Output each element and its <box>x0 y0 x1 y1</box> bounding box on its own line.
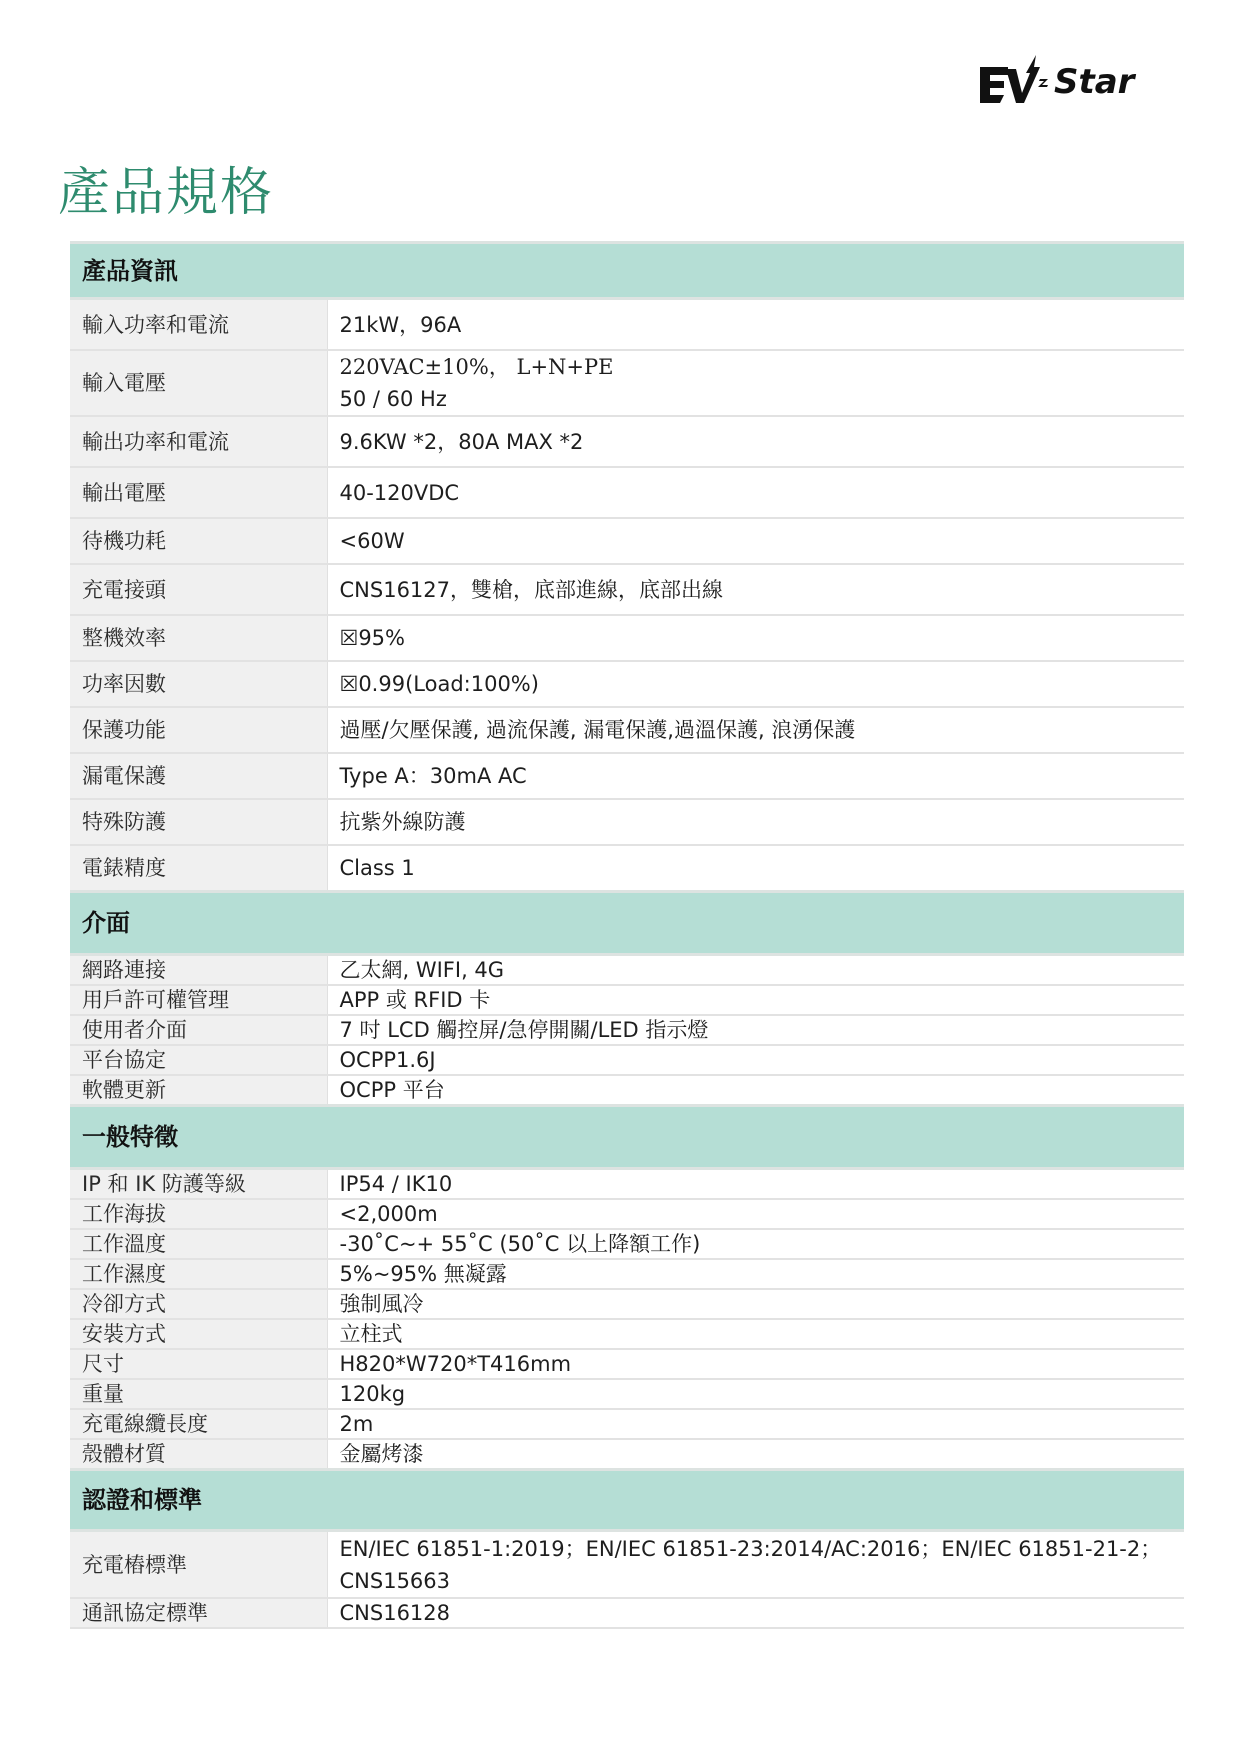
spec-table: 產品資訊 輸入功率和電流 21kW，96A 輸入電壓 220VAC±10%， L… <box>70 241 1184 1629</box>
row-value: 5%~95% 無凝露 <box>327 1259 1184 1289</box>
row-value: H820*W720*T416mm <box>327 1349 1184 1379</box>
table-row: 軟體更新 OCPP 平台 <box>70 1075 1184 1106</box>
row-value: CNS16127，雙槍，底部進線，底部出線 <box>327 564 1184 615</box>
table-row: 功率因數 ☒0.99(Load:100%) <box>70 661 1184 707</box>
row-value: 120kg <box>327 1379 1184 1409</box>
row-label: 使用者介面 <box>70 1015 327 1045</box>
row-label: 輸出電壓 <box>70 467 327 518</box>
row-label: 充電線纜長度 <box>70 1409 327 1439</box>
row-value: IP54 / IK10 <box>327 1169 1184 1200</box>
row-value: <60W <box>327 518 1184 564</box>
table-row: 安裝方式 立柱式 <box>70 1319 1184 1349</box>
row-value-line: EN/IEC 61851-1:2019；EN/IEC 61851-23:2014… <box>340 1533 1185 1565</box>
table-row: 輸入電壓 220VAC±10%， L+N+PE 50 / 60 Hz <box>70 350 1184 416</box>
row-value-line: 50 / 60 Hz <box>340 383 1185 415</box>
row-label: 整機效率 <box>70 615 327 661</box>
row-label: 網路連接 <box>70 955 327 986</box>
row-value: CNS16128 <box>327 1598 1184 1628</box>
table-row: 尺寸 H820*W720*T416mm <box>70 1349 1184 1379</box>
row-value: 過壓/欠壓保護, 過流保護, 漏電保護,過溫保護, 浪湧保護 <box>327 707 1184 753</box>
row-label: 輸出功率和電流 <box>70 416 327 467</box>
row-value-line: 220VAC±10%， L+N+PE <box>340 351 1185 383</box>
row-value: 40-120VDC <box>327 467 1184 518</box>
row-value: 金屬烤漆 <box>327 1439 1184 1470</box>
row-label: 工作濕度 <box>70 1259 327 1289</box>
table-row: 使用者介面 7 吋 LCD 觸控屏/急停開關/LED 指示燈 <box>70 1015 1184 1045</box>
table-row: 通訊協定標準 CNS16128 <box>70 1598 1184 1628</box>
table-row: 輸出電壓 40-120VDC <box>70 467 1184 518</box>
row-value: 立柱式 <box>327 1319 1184 1349</box>
ev-star-logo-icon: Star <box>978 53 1178 113</box>
table-row: 重量 120kg <box>70 1379 1184 1409</box>
row-label: 安裝方式 <box>70 1319 327 1349</box>
row-value: 21kW，96A <box>327 299 1184 351</box>
row-label: IP 和 IK 防護等級 <box>70 1169 327 1200</box>
row-label: 用戶許可權管理 <box>70 985 327 1015</box>
row-label: 漏電保護 <box>70 753 327 799</box>
section-title: 產品資訊 <box>70 243 1184 299</box>
section-title: 認證和標準 <box>70 1470 1184 1531</box>
table-row: 充電線纜長度 2m <box>70 1409 1184 1439</box>
row-label: 待機功耗 <box>70 518 327 564</box>
table-row: 充電樁標準 EN/IEC 61851-1:2019；EN/IEC 61851-2… <box>70 1531 1184 1599</box>
row-label: 平台協定 <box>70 1045 327 1075</box>
section-header-interface: 介面 <box>70 892 1184 955</box>
table-row: 網路連接 乙太網, WIFI, 4G <box>70 955 1184 986</box>
table-row: 工作溫度 -30˚C~+ 55˚C (50˚C 以上降額工作) <box>70 1229 1184 1259</box>
row-value: EN/IEC 61851-1:2019；EN/IEC 61851-23:2014… <box>327 1531 1184 1599</box>
row-value: Type A：30mA AC <box>327 753 1184 799</box>
row-value: <2,000m <box>327 1199 1184 1229</box>
row-label: 重量 <box>70 1379 327 1409</box>
section-header-product-info: 產品資訊 <box>70 243 1184 299</box>
row-value: 220VAC±10%， L+N+PE 50 / 60 Hz <box>327 350 1184 416</box>
row-label: 工作海拔 <box>70 1199 327 1229</box>
row-label: 保護功能 <box>70 707 327 753</box>
row-value: -30˚C~+ 55˚C (50˚C 以上降額工作) <box>327 1229 1184 1259</box>
row-label: 尺寸 <box>70 1349 327 1379</box>
row-label: 軟體更新 <box>70 1075 327 1106</box>
section-header-certifications: 認證和標準 <box>70 1470 1184 1531</box>
page-title: 產品規格 <box>58 150 274 225</box>
section-header-general-features: 一般特徵 <box>70 1106 1184 1169</box>
row-label: 輸入電壓 <box>70 350 327 416</box>
row-value: Class 1 <box>327 845 1184 892</box>
row-value: ☒0.99(Load:100%) <box>327 661 1184 707</box>
table-row: 特殊防護 抗紫外線防護 <box>70 799 1184 845</box>
table-row: 整機效率 ☒95% <box>70 615 1184 661</box>
row-value: APP 或 RFID 卡 <box>327 985 1184 1015</box>
row-value: 乙太網, WIFI, 4G <box>327 955 1184 986</box>
row-label: 通訊協定標準 <box>70 1598 327 1628</box>
table-row: 保護功能 過壓/欠壓保護, 過流保護, 漏電保護,過溫保護, 浪湧保護 <box>70 707 1184 753</box>
row-value: 9.6KW *2，80A MAX *2 <box>327 416 1184 467</box>
table-row: 工作海拔 <2,000m <box>70 1199 1184 1229</box>
section-title: 一般特徵 <box>70 1106 1184 1169</box>
row-label: 功率因數 <box>70 661 327 707</box>
row-value: 強制風冷 <box>327 1289 1184 1319</box>
row-label: 特殊防護 <box>70 799 327 845</box>
table-row: 平台協定 OCPP1.6J <box>70 1045 1184 1075</box>
table-row: 工作濕度 5%~95% 無凝露 <box>70 1259 1184 1289</box>
table-row: 殼體材質 金屬烤漆 <box>70 1439 1184 1470</box>
row-value: OCPP 平台 <box>327 1075 1184 1106</box>
table-row: IP 和 IK 防護等級 IP54 / IK10 <box>70 1169 1184 1200</box>
ev-star-logo: Star <box>978 52 1178 114</box>
table-row: 待機功耗 <60W <box>70 518 1184 564</box>
row-label: 殼體材質 <box>70 1439 327 1470</box>
section-title: 介面 <box>70 892 1184 955</box>
row-label: 充電樁標準 <box>70 1531 327 1599</box>
row-value: 2m <box>327 1409 1184 1439</box>
row-label: 電錶精度 <box>70 845 327 892</box>
row-value: 7 吋 LCD 觸控屏/急停開關/LED 指示燈 <box>327 1015 1184 1045</box>
row-value-line: CNS15663 <box>340 1565 1185 1597</box>
row-label: 輸入功率和電流 <box>70 299 327 351</box>
row-label: 充電接頭 <box>70 564 327 615</box>
row-value: 抗紫外線防護 <box>327 799 1184 845</box>
table-row: 用戶許可權管理 APP 或 RFID 卡 <box>70 985 1184 1015</box>
table-row: 充電接頭 CNS16127，雙槍，底部進線，底部出線 <box>70 564 1184 615</box>
table-row: 冷卻方式 強制風冷 <box>70 1289 1184 1319</box>
row-label: 冷卻方式 <box>70 1289 327 1319</box>
row-value: ☒95% <box>327 615 1184 661</box>
table-row: 漏電保護 Type A：30mA AC <box>70 753 1184 799</box>
row-label: 工作溫度 <box>70 1229 327 1259</box>
table-row: 輸出功率和電流 9.6KW *2，80A MAX *2 <box>70 416 1184 467</box>
table-row: 電錶精度 Class 1 <box>70 845 1184 892</box>
row-value: OCPP1.6J <box>327 1045 1184 1075</box>
table-row: 輸入功率和電流 21kW，96A <box>70 299 1184 351</box>
svg-text:Star: Star <box>1054 62 1137 102</box>
